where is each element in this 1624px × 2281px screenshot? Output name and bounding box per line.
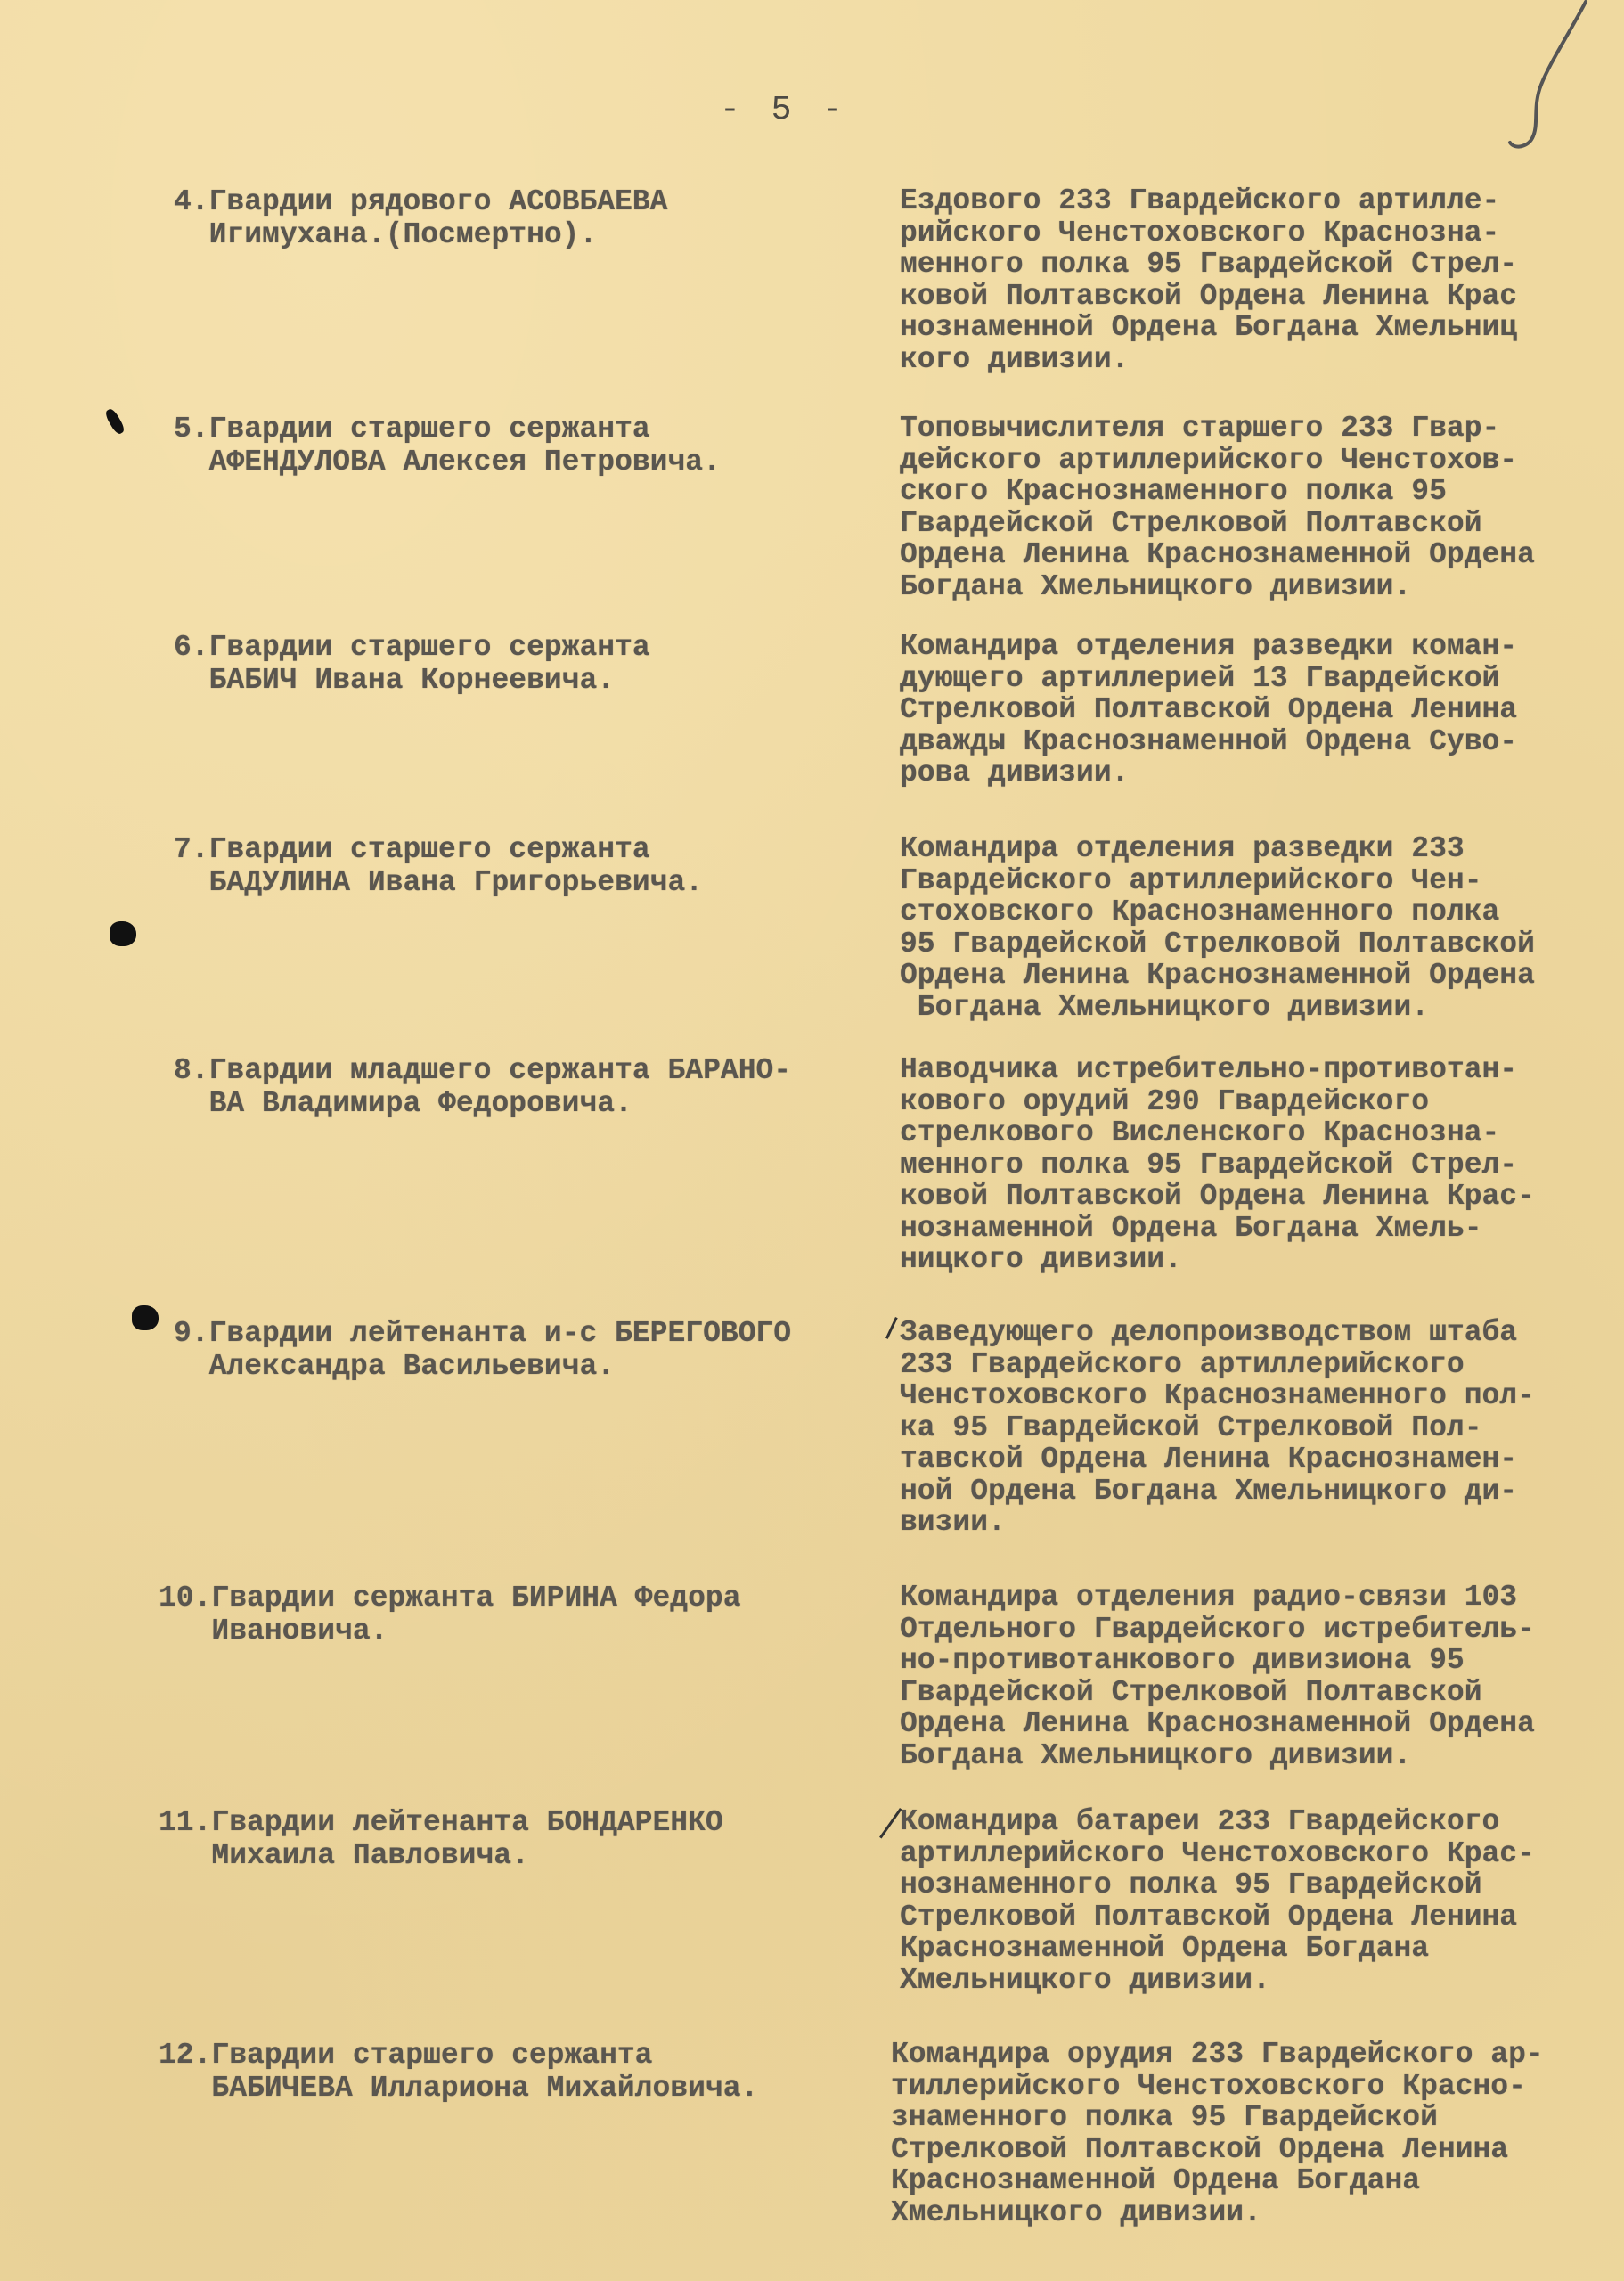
- awardee-position: Ездового 233 Гвардейского артилле- рийск…: [900, 185, 1612, 375]
- handwritten-slash: [879, 1808, 902, 1838]
- handwritten-page-mark-icon: [1443, 0, 1604, 156]
- awardee-position: Командира отделения радио-связи 103 Отде…: [900, 1582, 1612, 1771]
- awardee-name: 7.Гвардии старшего сержанта БАДУЛИНА Ива…: [174, 833, 886, 899]
- awardee-position: Командира отделения разведки коман- дующ…: [900, 631, 1612, 789]
- awardee-name: 12.Гвардии старшего сержанта БАБИЧЕВА Ил…: [159, 2039, 871, 2105]
- awardee-position: Топовычислителя старшего 233 Гвар- дейск…: [900, 413, 1612, 602]
- awardee-name: 10.Гвардии сержанта БИРИНА Федора Иванов…: [159, 1582, 871, 1647]
- awardee-name: 5.Гвардии старшего сержанта АФЕНДУЛОВА А…: [174, 413, 886, 478]
- awardee-position: Командира орудия 233 Гвардейского ар- ти…: [891, 2039, 1604, 2228]
- punch-hole: [132, 1305, 159, 1330]
- page-number: - 5 -: [720, 91, 848, 129]
- awardee-position: Заведующего делопроизводством штаба 233 …: [900, 1317, 1612, 1539]
- awardee-position: Командира отделения разведки 233 Гвардей…: [900, 833, 1612, 1023]
- awardee-name: 4.Гвардии рядового АСОВБАЕВА Игимухана.(…: [174, 185, 886, 251]
- punch-hole: [110, 921, 136, 946]
- awardee-name: 6.Гвардии старшего сержанта БАБИЧ Ивана …: [174, 631, 886, 697]
- awardee-name: 11.Гвардии лейтенанта БОНДАРЕНКО Михаила…: [159, 1806, 871, 1872]
- awardee-position: Наводчика истребительно-противотан- ково…: [900, 1054, 1612, 1276]
- awardee-name: 9.Гвардии лейтенанта и-с БЕРЕГОВОГО Алек…: [174, 1317, 886, 1383]
- awardee-position: Командира батареи 233 Гвардейского артил…: [900, 1806, 1612, 1996]
- handwritten-slash: [885, 1317, 898, 1339]
- ink-mark: [103, 407, 126, 436]
- awardee-name: 8.Гвардии младшего сержанта БАРАНО- ВА В…: [174, 1054, 886, 1120]
